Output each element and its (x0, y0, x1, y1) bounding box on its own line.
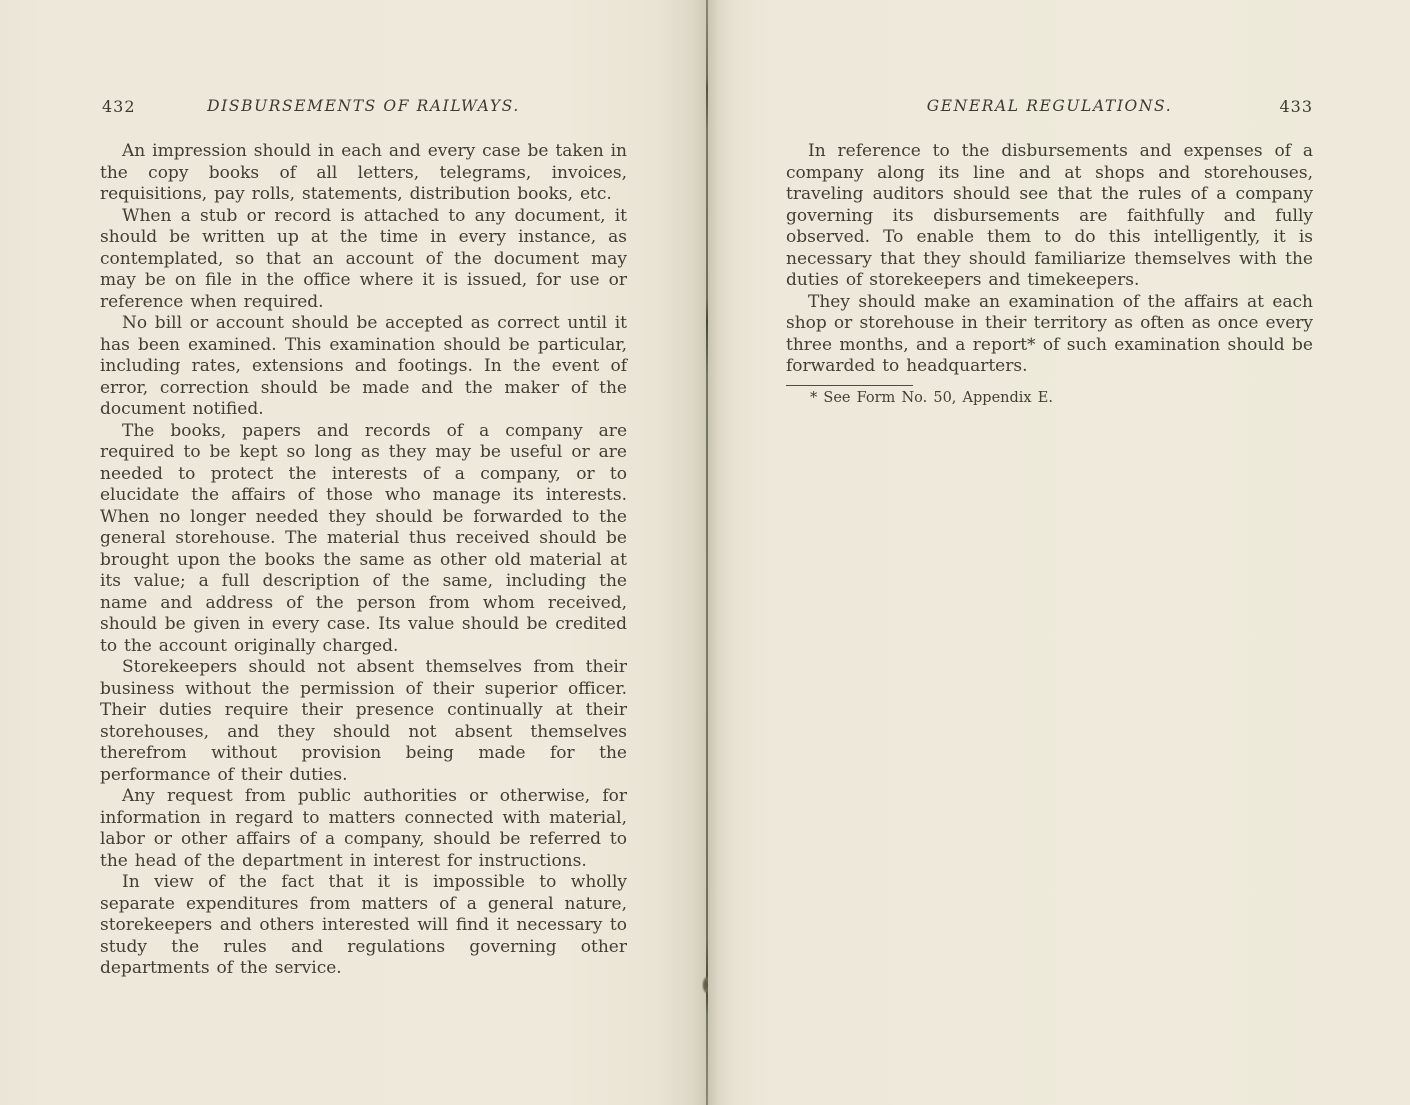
page-body-right: In reference to the disbursements and ex… (786, 141, 1313, 408)
page-body-left: An impression should in each and every c… (100, 141, 627, 980)
paragraph: No bill or account should be accepted as… (100, 313, 627, 421)
running-head-right: GENERAL REGULATIONS. (786, 97, 1313, 115)
paragraph: Storekeepers should not absent themselve… (100, 657, 627, 786)
page-header-right: GENERAL REGULATIONS. 433 (786, 97, 1313, 119)
page-number-right: 433 (1279, 97, 1313, 116)
footnote: * See Form No. 50, Appendix E. (786, 385, 1313, 408)
running-head-left: DISBURSEMENTS OF RAILWAYS. (100, 97, 627, 115)
paragraph: In view of the fact that it is impossibl… (100, 872, 627, 980)
page-number-left: 432 (102, 97, 136, 116)
paragraph: Any request from public authorities or o… (100, 786, 627, 872)
page-header-left: 432 DISBURSEMENTS OF RAILWAYS. (100, 97, 627, 119)
book-spread: 432 DISBURSEMENTS OF RAILWAYS. An impres… (0, 0, 1410, 1105)
paragraph: An impression should in each and every c… (100, 141, 627, 206)
paragraph: The books, papers and records of a compa… (100, 421, 627, 658)
page-left: 432 DISBURSEMENTS OF RAILWAYS. An impres… (0, 0, 706, 1105)
footnote-text: * See Form No. 50, Appendix E. (786, 389, 1313, 408)
footnote-rule (786, 385, 913, 386)
page-right: GENERAL REGULATIONS. 433 In reference to… (708, 0, 1410, 1105)
paragraph: They should make an examination of the a… (786, 292, 1313, 378)
paragraph: In reference to the disbursements and ex… (786, 141, 1313, 292)
paragraph: When a stub or record is attached to any… (100, 206, 627, 314)
